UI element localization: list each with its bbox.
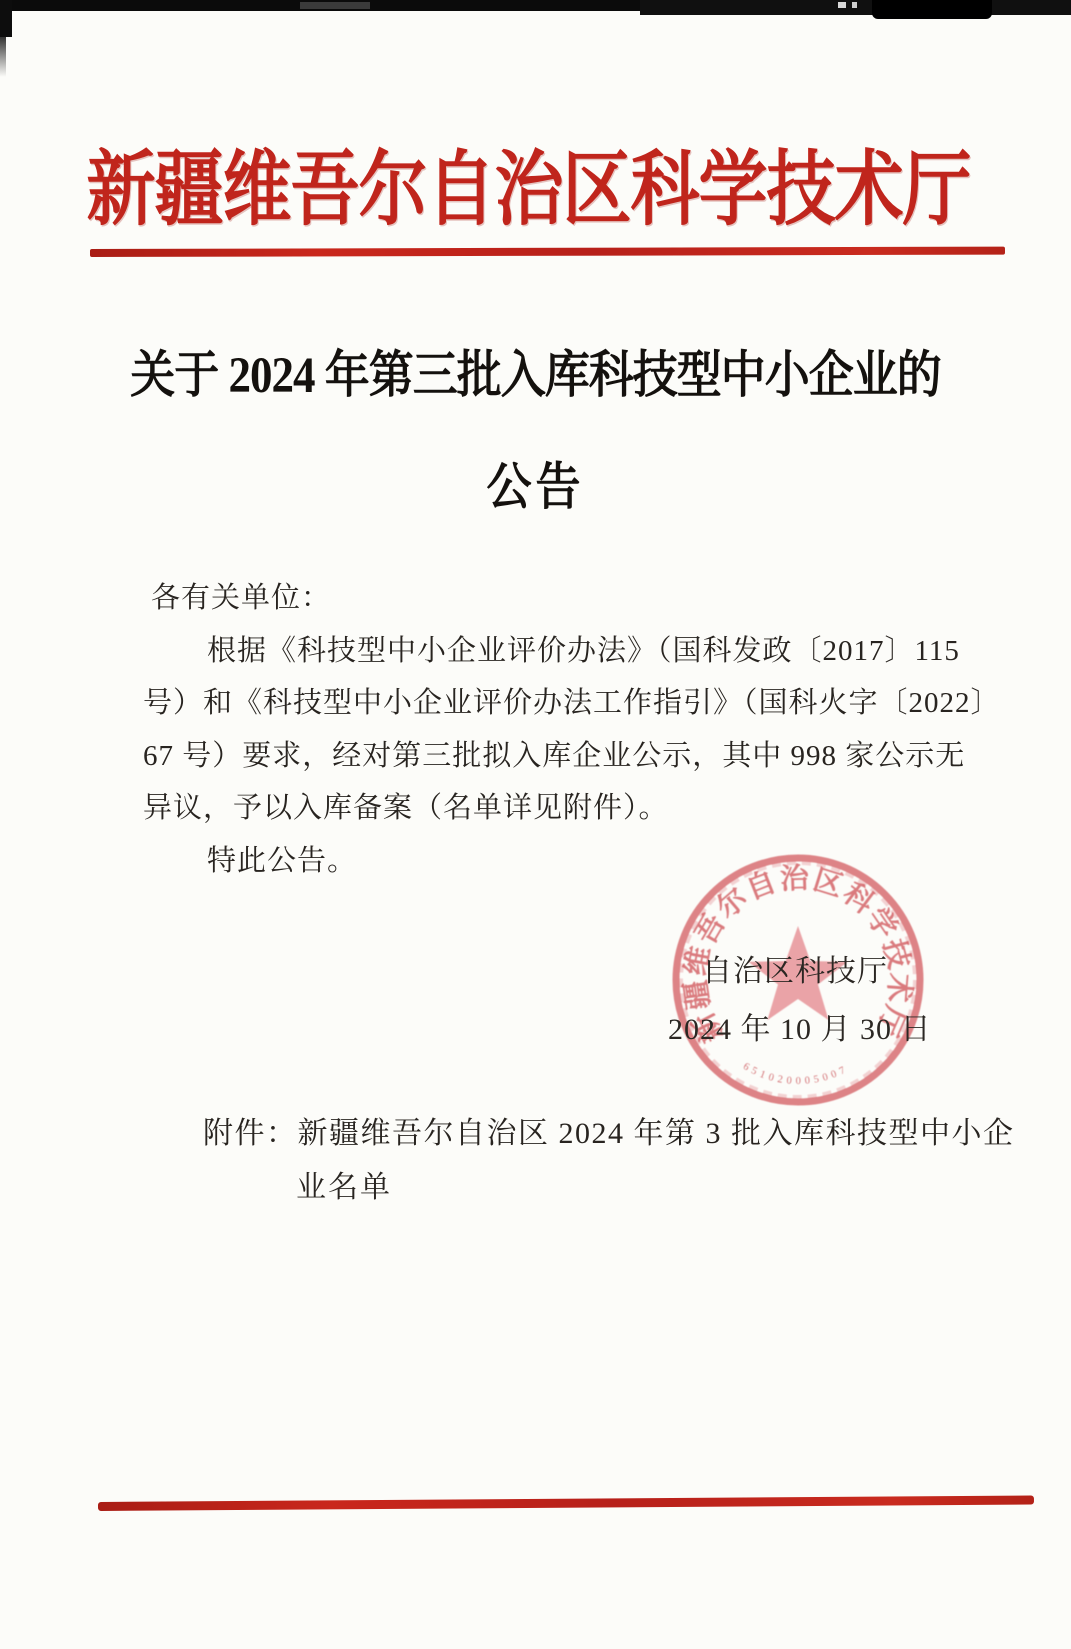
document-page: 新疆维吾尔自治区科学技术厅 关于 2024 年第三批入库科技型中小企业的 公告 … <box>0 0 1071 1649</box>
document-body: 各有关单位： 根据《科技型中小企业评价办法》（国科发政〔2017〕115 号）和… <box>143 572 1003 888</box>
attachment-line2: 业名单 <box>296 1162 392 1206</box>
body-line: 号）和《科技型中小企业评价办法工作指引》（国科火字〔2022〕 <box>143 677 1003 730</box>
body-line: 根据《科技型中小企业评价办法》（国科发政〔2017〕115 <box>143 625 1003 678</box>
signature-date: 2024 年 10 月 30 日 <box>668 1004 932 1048</box>
letterhead-org-name: 新疆维吾尔自治区科学技术厅 <box>0 124 1057 241</box>
signature-org: 自治区科技厅 <box>702 946 888 990</box>
document-title: 关于 2024 年第三批入库科技型中小企业的 公告 <box>0 334 1071 511</box>
body-line: 异议，予以入库备案（名单详见附件）。 <box>143 782 1003 835</box>
scan-artifact-blob <box>872 0 992 19</box>
letterhead-divider-rule <box>90 247 1005 257</box>
scan-artifact-streak <box>300 2 370 9</box>
scan-edge-left <box>0 0 12 37</box>
seal-code: 651020005007 <box>741 1061 847 1087</box>
svg-text:651020005007: 651020005007 <box>741 1061 847 1087</box>
attachment-line1: 附件：新疆维吾尔自治区 2024 年第 3 批入库科技型中小企 <box>203 1108 1015 1152</box>
document-title-line2: 公告 <box>0 446 1071 519</box>
scan-artifact-slit <box>838 2 846 8</box>
document-title-line1: 关于 2024 年第三批入库科技型中小企业的 <box>0 334 1071 407</box>
scan-edge-left-fade <box>0 37 6 77</box>
scan-artifact-slit <box>852 2 857 8</box>
footer-rule <box>98 1495 1034 1511</box>
body-line: 67 号）要求，经对第三批拟入库企业公示，其中 998 家公示无 <box>143 730 1003 783</box>
salutation-line: 各有关单位： <box>143 572 1003 625</box>
